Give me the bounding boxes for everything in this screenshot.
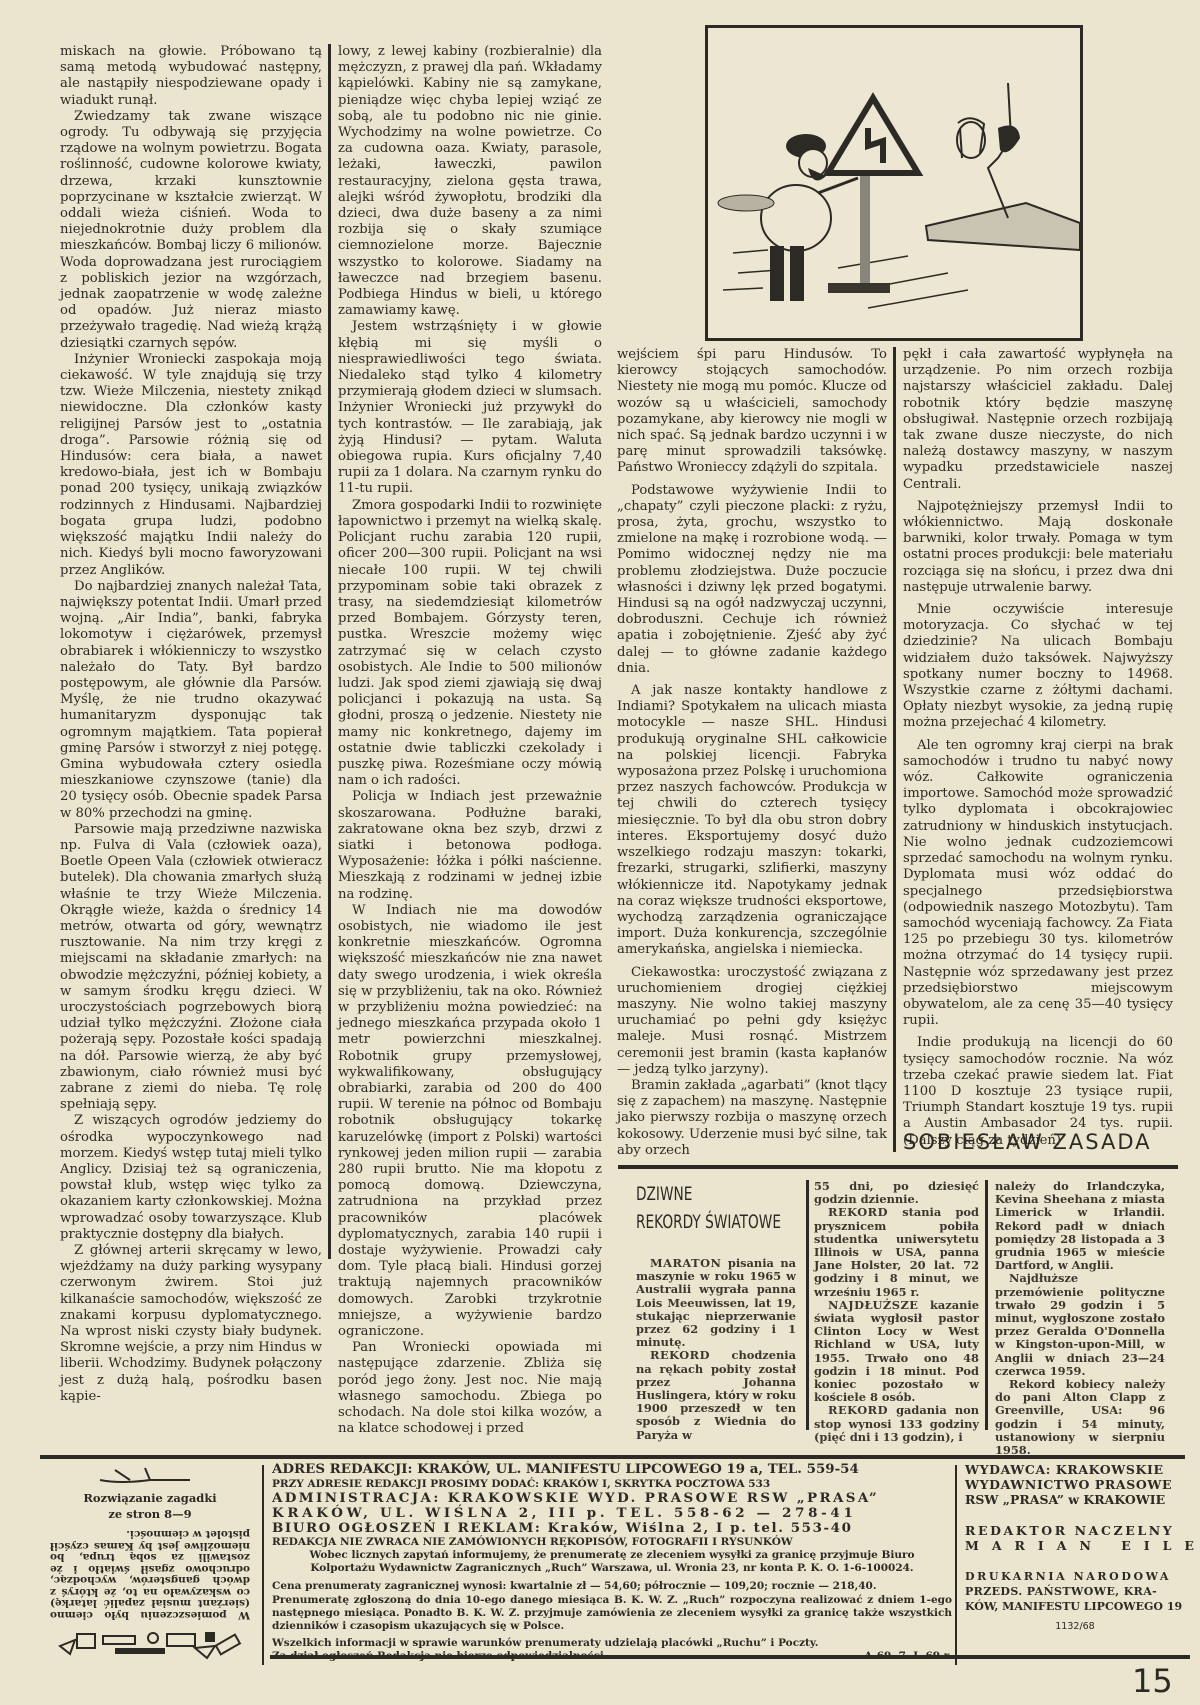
article-paragraph: Pan Wroniecki opowiada mi następujące zd… — [338, 1340, 602, 1437]
article-column-1: miskach na głowie. Próbowano tą samą met… — [60, 44, 322, 1405]
article-paragraph: Mnie oczywiście interesuje motoryzacja. … — [903, 602, 1173, 732]
cartoon-illustration — [705, 25, 1083, 341]
printer-line3: KÓW, MANIFESTU LIPCOWEGO 19 — [965, 1599, 1185, 1614]
record-entry: Najdłuższe przemówienie polityczne trwał… — [995, 1272, 1165, 1378]
masthead-subscription-info: Wobec licznych zapytań informujemy, że p… — [272, 1549, 952, 1575]
puzzle-shapes-icon — [55, 1626, 245, 1660]
puzzle-answer-text: W pomieszczeniu było ciemno (sierżant mu… — [50, 1528, 250, 1620]
record-text: 55 dni, po dziesięć godzin dziennie. — [814, 1179, 979, 1206]
records-column-1: MARATON pisania na maszynie w roku 1965 … — [636, 1257, 796, 1442]
footer-divider — [955, 1465, 957, 1665]
puzzle-answer-box: Rozwiązanie zagadki ze stron 8—9 W pomie… — [50, 1462, 250, 1664]
record-text: stania pod prysznicem pobiła studentka u… — [814, 1205, 979, 1298]
record-entry: REKORD gadania non stop wynosi 133 godzi… — [814, 1404, 979, 1444]
footer-divider — [262, 1465, 264, 1665]
record-entry: 55 dni, po dziesięć godzin dziennie. — [814, 1180, 979, 1206]
masthead-manuscripts-notice: REDAKCJA NIE ZWRACA NIE ZAMÓWIONYCH RĘKO… — [272, 1536, 952, 1549]
records-divider — [806, 1180, 809, 1430]
masthead-address: ADRES REDAKCJI: KRAKÓW, UL. MANIFESTU LI… — [272, 1462, 952, 1477]
article-paragraph: pękł i cała zawartość wypłynęła na urząd… — [903, 347, 1173, 493]
article-paragraph: Inżynier Wroniecki zaspokaja moją ciekaw… — [60, 352, 322, 579]
puzzle-subtitle: ze stron 8—9 — [50, 1506, 250, 1522]
masthead: ADRES REDAKCJI: KRAKÓW, UL. MANIFESTU LI… — [272, 1462, 952, 1663]
article-paragraph: Policja w Indiach jest przeważnie skosza… — [338, 789, 602, 902]
record-entry: Rekord kobiecy należy do pani Alton Clap… — [995, 1378, 1165, 1457]
article-paragraph: Zmora gospodarki Indii to rozwinięte łap… — [338, 498, 602, 790]
records-column-3: należy do Irlandczyka, Kevina Sheehana z… — [995, 1180, 1165, 1457]
record-lead-word: REKORD — [828, 1403, 888, 1417]
column-divider — [328, 44, 331, 1259]
masthead-info-line: Wszelkich informacji w sprawie warunków … — [272, 1636, 952, 1650]
masthead-price: Cena prenumeraty zagranicznej wynosi: kw… — [272, 1578, 952, 1594]
record-text: kazanie świata wygłosił pastor Clinton L… — [814, 1298, 979, 1404]
article-paragraph: W Indiach nie ma dowodów osobistych, nie… — [338, 903, 602, 1340]
record-text: Najdłuższe przemówienie polityczne trwał… — [995, 1271, 1165, 1377]
article-paragraph: Parsowie mają przedziwne nazwiska np. Fu… — [60, 822, 322, 1114]
masthead-admin-address: KRAKÓW, UL. WIŚLNA 2, III p. TEL. 558-62… — [272, 1506, 952, 1521]
records-title: DZIWNE REKORDY ŚWIATOWE — [636, 1180, 751, 1236]
record-entry: REKORD stania pod prysznicem pobiła stud… — [814, 1206, 979, 1298]
record-entry: NAJDŁUŻSZE kazanie świata wygłosił pasto… — [814, 1299, 979, 1405]
record-text: Rekord kobiecy należy do pani Alton Clap… — [995, 1377, 1165, 1457]
records-column-2: 55 dni, po dziesięć godzin dziennie.REKO… — [814, 1180, 979, 1444]
record-lead-word: NAJDŁUŻSZE — [828, 1298, 918, 1312]
article-paragraph: Ciekawostka: uroczystość związana z uruc… — [617, 965, 887, 1078]
records-title-line2: REKORDY ŚWIATOWE — [636, 1208, 751, 1236]
record-text: należy do Irlandczyka, Kevina Sheehana z… — [995, 1179, 1165, 1272]
article-paragraph: Zwiedzamy tak zwane wiszące ogrody. Tu o… — [60, 109, 322, 352]
records-divider — [985, 1180, 988, 1430]
record-text: pisania na maszynie w roku 1965 w Austra… — [636, 1256, 796, 1349]
article-paragraph: miskach na głowie. Próbowano tą samą met… — [60, 44, 322, 109]
column-divider — [893, 347, 896, 1152]
record-entry: REKORD chodzenia na rękach pobity został… — [636, 1349, 796, 1441]
article-paragraph: lowy, z lewej kabiny (rozbieralnie) dla … — [338, 44, 602, 319]
publisher-line1: WYDAWCA: KRAKOWSKIE — [965, 1462, 1185, 1477]
record-lead-word: REKORD — [650, 1348, 710, 1362]
printer-line2: PRZEDS. PAŃSTWOWE, KRA- — [965, 1584, 1185, 1599]
record-entry: należy do Irlandczyka, Kevina Sheehana z… — [995, 1180, 1165, 1272]
editor-label: REDAKTOR NACZELNY — [965, 1523, 1185, 1538]
record-text: chodzenia na rękach pobity został przez … — [636, 1348, 796, 1441]
records-top-rule — [618, 1165, 1178, 1169]
records-title-line1: DZIWNE — [636, 1180, 751, 1208]
article-paragraph: Bramin zakłada „agarbati” (knot tlący si… — [617, 1078, 887, 1159]
record-entry: MARATON pisania na maszynie w roku 1965 … — [636, 1257, 796, 1349]
record-lead-word: REKORD — [828, 1205, 888, 1219]
article-paragraph: Do najbardziej znanych należał Tata, naj… — [60, 579, 322, 822]
article-column-2: lowy, z lewej kabiny (rozbieralnie) dla … — [338, 44, 602, 1437]
page-number: 15 — [1132, 1662, 1173, 1700]
publisher-line2: WYDAWNICTWO PRASOWE — [965, 1477, 1185, 1492]
article-paragraph: Z głównej arterii skręcamy w lewo, wjeżd… — [60, 1243, 322, 1405]
cartoon-painter-sign-icon — [708, 28, 1080, 338]
masthead-administration: ADMINISTRACJA: KRAKOWSKIE WYD. PRASOWE R… — [272, 1491, 952, 1506]
masthead-ads-office: BIURO OGŁOSZEŃ I REKLAM: Kraków, Wiślna … — [272, 1521, 952, 1536]
author-byline: SOBIESŁAW ZASADA — [903, 1130, 1173, 1154]
article-column-3: wejściem śpi paru Hindusów. To kierowcy … — [617, 347, 887, 1159]
article-paragraph: wejściem śpi paru Hindusów. To kierowcy … — [617, 347, 887, 477]
masthead-po-box: PRZY ADRESIE REDAKCJI PROSIMY DODAĆ: KRA… — [272, 1477, 952, 1491]
publisher-box: WYDAWCA: KRAKOWSKIE WYDAWNICTWO PRASOWE … — [965, 1462, 1185, 1634]
article-paragraph: Z wiszących ogrodów jedziemy do ośrodka … — [60, 1113, 322, 1243]
publisher-line3: RSW „PRASA” w KRAKOWIE — [965, 1492, 1185, 1507]
article-paragraph: Jestem wstrząśnięty i w głowie kłębią mi… — [338, 319, 602, 497]
article-paragraph: Podstawowe wyżywienie Indii to „chapaty”… — [617, 483, 887, 677]
footer-bottom-rule — [270, 1655, 1190, 1659]
article-paragraph: Najpotężniejszy przemysł Indii to włókie… — [903, 499, 1173, 596]
article-paragraph: Ale ten ogromny kraj cierpi na brak samo… — [903, 738, 1173, 1030]
puzzle-figure-icon — [90, 1462, 210, 1486]
footer-top-rule — [40, 1455, 1185, 1459]
order-number: 1132/68 — [965, 1620, 1185, 1634]
printer-line1: DRUKARNIA NARODOWA — [965, 1569, 1185, 1584]
editor-name: MARIAN EILE — [965, 1538, 1185, 1553]
puzzle-title: Rozwiązanie zagadki — [50, 1490, 250, 1506]
record-lead-word: MARATON — [650, 1256, 721, 1270]
article-column-4: pękł i cała zawartość wypłynęła na urząd… — [903, 347, 1173, 1149]
article-paragraph: A jak nasze kontakty handlowe z Indiami?… — [617, 683, 887, 958]
masthead-subscription-terms: Prenumeratę zgłoszoną do dnia 10-ego dan… — [272, 1594, 952, 1633]
